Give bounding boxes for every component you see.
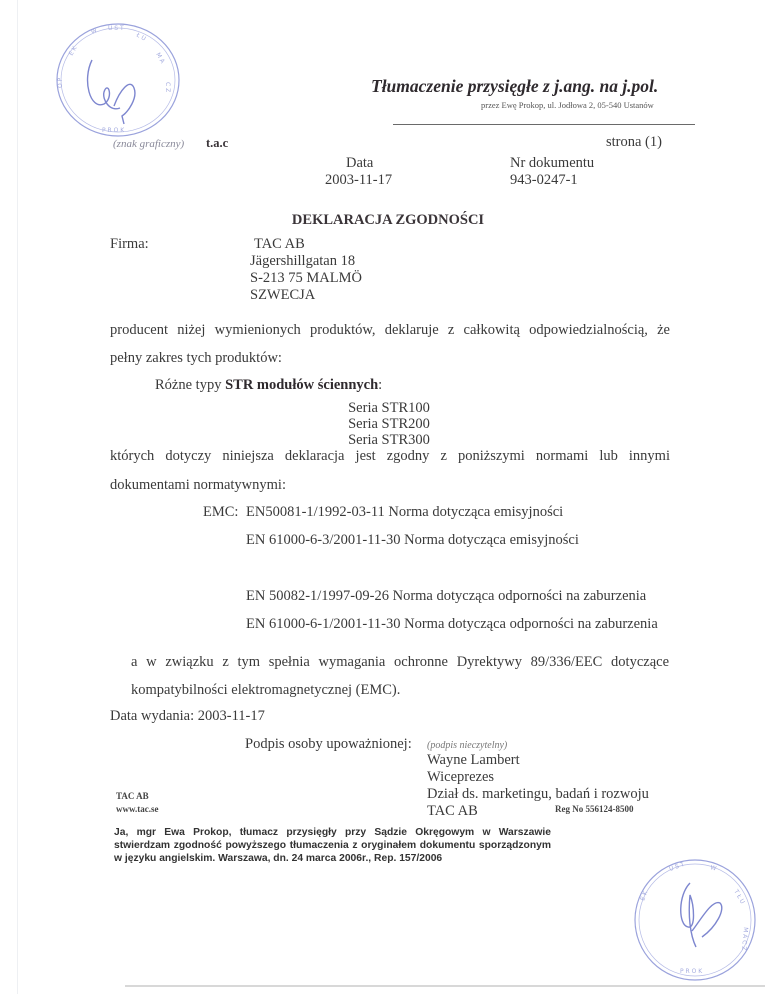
standards-intro-line-1: których dotyczy niniejsza deklaracja jes… bbox=[110, 448, 670, 465]
footer-company: TAC AB bbox=[116, 791, 149, 801]
translator-stamp-icon: U S T W T Ł U M A C Z E K P R O K bbox=[630, 855, 760, 985]
date-value: 2003-11-17 bbox=[325, 172, 392, 189]
intro-line-1: producent niżej wymienionych produktów, … bbox=[110, 322, 670, 339]
products-prefix: Różne typy bbox=[155, 377, 225, 393]
graphic-mark-note: (znak graficzny) bbox=[113, 138, 184, 150]
series-item: Seria STR300 bbox=[0, 432, 768, 449]
translator-stamp-icon: W U S T Ł U M A C Z E K O P P R O K bbox=[52, 20, 184, 142]
svg-text:U S T: U S T bbox=[668, 861, 685, 873]
svg-text:W: W bbox=[709, 864, 717, 872]
emc-label: EMC: bbox=[203, 504, 238, 521]
translator-address: przez Ewę Prokop, ul. Jodłowa 2, 05-540 … bbox=[481, 100, 654, 110]
date-label: Data bbox=[346, 155, 373, 172]
translator-header-title: Tłumaczenie przysięgłe z j.ang. na j.pol… bbox=[371, 76, 658, 97]
document-title: DEKLARACJA ZGODNOŚCI bbox=[0, 212, 768, 229]
company-label: Firma: bbox=[110, 236, 149, 253]
standard-item: EN50081-1/1992-03-11 Norma dotycząca emi… bbox=[246, 504, 563, 521]
svg-text:M A C Z: M A C Z bbox=[740, 927, 749, 951]
svg-text:U S T: U S T bbox=[108, 25, 124, 32]
svg-text:C Z: C Z bbox=[164, 82, 171, 92]
series-item: Seria STR200 bbox=[0, 416, 768, 433]
certification-line: w języku angielskim. Warszawa, dn. 24 ma… bbox=[114, 852, 551, 865]
svg-text:Ł U: Ł U bbox=[134, 31, 147, 42]
page-left-edge bbox=[17, 0, 18, 994]
signatory-company: TAC AB bbox=[427, 803, 478, 820]
svg-text:P R O K: P R O K bbox=[102, 127, 125, 134]
signatory-position: Wiceprezes bbox=[427, 769, 494, 786]
footer-website[interactable]: www.tac.se bbox=[116, 804, 159, 814]
translator-certification: Ja, mgr Ewa Prokop, tłumacz przysięgły p… bbox=[114, 826, 551, 865]
svg-text:O P: O P bbox=[57, 77, 64, 88]
svg-text:M A: M A bbox=[154, 52, 166, 66]
series-item: Seria STR100 bbox=[0, 400, 768, 417]
footer-divider bbox=[125, 985, 765, 987]
svg-text:W: W bbox=[90, 27, 98, 36]
products-line: Różne typy STR modułów ściennych: bbox=[155, 377, 382, 394]
directive-line-2: kompatybilności elektromagnetycznej (EMC… bbox=[131, 682, 400, 699]
company-country: SZWECJA bbox=[250, 287, 315, 304]
products-name: STR modułów ściennych bbox=[225, 377, 378, 393]
standard-item: EN 61000-6-3/2001-11-30 Norma dotycząca … bbox=[246, 532, 579, 549]
signature-label: Podpis osoby upoważnionej: bbox=[245, 736, 412, 753]
signatory-name: Wayne Lambert bbox=[427, 752, 520, 769]
directive-line-1: a w związku z tym spełnia wymagania ochr… bbox=[131, 654, 669, 671]
company-name: TAC AB bbox=[254, 236, 305, 253]
certification-line: Ja, mgr Ewa Prokop, tłumacz przysięgły p… bbox=[114, 826, 551, 839]
footer-reg-no: Reg No 556124-8500 bbox=[555, 804, 634, 814]
issue-date: Data wydania: 2003-11-17 bbox=[110, 708, 265, 725]
doc-number-label: Nr dokumentu bbox=[510, 155, 594, 172]
company-mark: t.a.c bbox=[206, 136, 228, 151]
svg-text:P R O K: P R O K bbox=[680, 968, 703, 975]
intro-line-2: pełny zakres tych produktów: bbox=[110, 350, 670, 367]
header-divider bbox=[393, 124, 695, 125]
doc-number-value: 943-0247-1 bbox=[510, 172, 578, 189]
signature-note: (podpis nieczytelny) bbox=[427, 740, 507, 751]
standards-intro-line-2: dokumentami normatywnymi: bbox=[110, 477, 670, 494]
standard-item: EN 50082-1/1997-09-26 Norma dotycząca od… bbox=[246, 588, 646, 605]
signatory-department: Dział ds. marketingu, badań i rozwoju bbox=[427, 786, 649, 803]
certification-line: stwierdzam zgodność powyższego tłumaczen… bbox=[114, 839, 551, 852]
standard-item: EN 61000-6-1/2001-11-30 Norma dotycząca … bbox=[246, 616, 658, 633]
svg-text:T Ł U: T Ł U bbox=[732, 888, 746, 906]
products-suffix: : bbox=[378, 377, 382, 393]
company-street: Jägershillgatan 18 bbox=[250, 253, 355, 270]
svg-text:E K: E K bbox=[639, 889, 649, 901]
page-number: strona (1) bbox=[606, 134, 662, 151]
company-city: S-213 75 MALMÖ bbox=[250, 270, 362, 287]
